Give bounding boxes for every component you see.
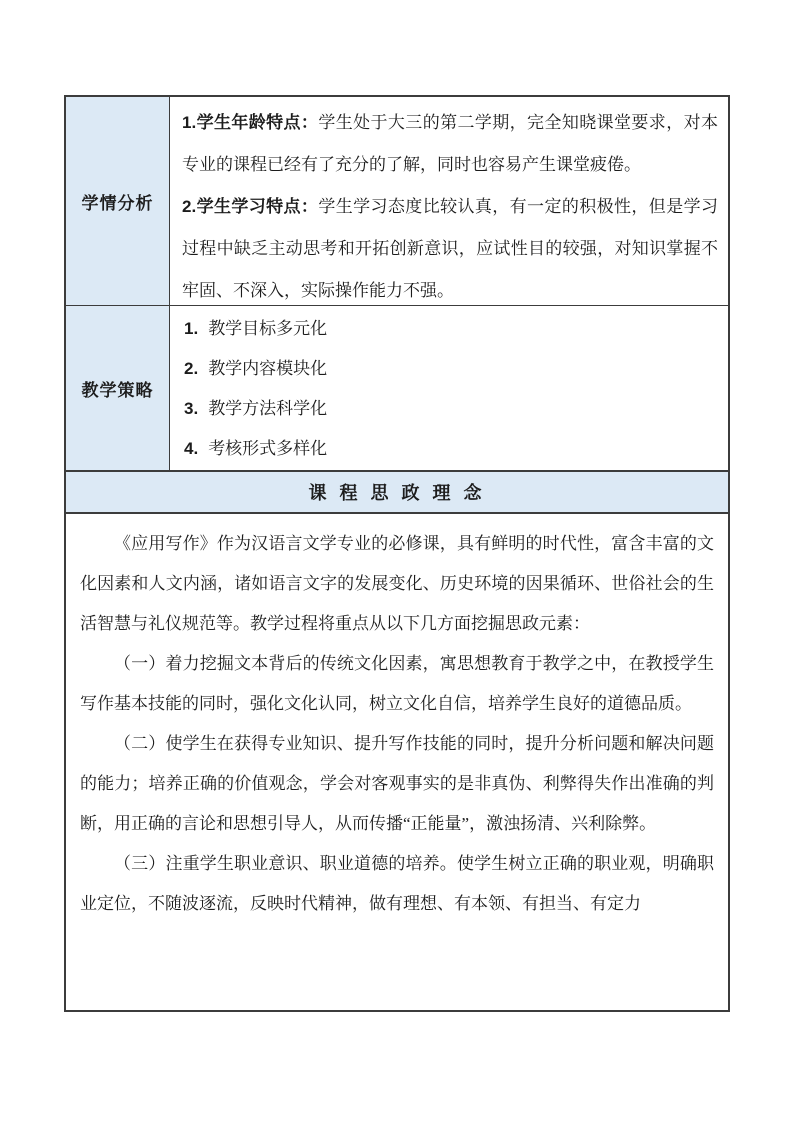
row-section-header: 课 程 思 政 理 念 xyxy=(66,472,728,514)
strategy-item-text: 教学方法科学化 xyxy=(208,399,327,418)
strategy-item-text: 教学内容模块化 xyxy=(208,359,327,378)
row-teaching-strategy: 教学策略 1.教学目标多元化 2.教学内容模块化 3.教学方法科学化 4.考核形… xyxy=(66,306,728,472)
strategy-item-text: 教学目标多元化 xyxy=(208,319,327,338)
strategy-item: 3.教学方法科学化 xyxy=(184,389,718,429)
body-paragraph-intro: 《应用写作》作为汉语言文学专业的必修课，具有鲜明的时代性，富含丰富的文化因素和人… xyxy=(80,524,714,644)
document-page: { "colors": { "accent_bg": "#dce9f5", "b… xyxy=(0,0,794,1123)
lesson-plan-table: 学情分析 1.学生年龄特点：学生处于大三的第二学期，完全知晓课堂要求，对本专业的… xyxy=(64,95,730,1012)
analysis-item-study-title: 2.学生学习特点： xyxy=(182,197,318,216)
analysis-item-age-title: 1.学生年龄特点： xyxy=(182,113,318,132)
strategy-item: 1.教学目标多元化 xyxy=(184,309,718,349)
body-paragraph-point-3: （三）注重学生职业意识、职业道德的培养。使学生树立正确的职业观，明确职业定位，不… xyxy=(80,844,714,924)
analysis-item-study: 2.学生学习特点：学生学习态度比较认真，有一定的积极性，但是学习过程中缺乏主动思… xyxy=(182,186,718,305)
strategy-item-number: 1. xyxy=(184,319,198,338)
ideology-body-content: 《应用写作》作为汉语言文学专业的必修课，具有鲜明的时代性，富含丰富的文化因素和人… xyxy=(66,514,728,924)
teaching-strategy-label: 教学策略 xyxy=(66,306,170,470)
section-header-title: 课 程 思 政 理 念 xyxy=(308,479,485,505)
teaching-strategy-content: 1.教学目标多元化 2.教学内容模块化 3.教学方法科学化 4.考核形式多样化 xyxy=(170,306,728,470)
strategy-item-number: 4. xyxy=(184,439,198,458)
strategy-item: 2.教学内容模块化 xyxy=(184,349,718,389)
row-learning-analysis: 学情分析 1.学生年龄特点：学生处于大三的第二学期，完全知晓课堂要求，对本专业的… xyxy=(66,97,728,306)
strategy-item-text: 考核形式多样化 xyxy=(208,439,327,458)
analysis-item-age: 1.学生年龄特点：学生处于大三的第二学期，完全知晓课堂要求，对本专业的课程已经有… xyxy=(182,102,718,186)
strategy-item-number: 2. xyxy=(184,359,198,378)
strategy-item-number: 3. xyxy=(184,399,198,418)
body-paragraph-point-2: （二）使学生在获得专业知识、提升写作技能的同时，提升分析问题和解决问题的能力；培… xyxy=(80,724,714,844)
row-ideology-body: 《应用写作》作为汉语言文学专业的必修课，具有鲜明的时代性，富含丰富的文化因素和人… xyxy=(66,514,728,1010)
body-paragraph-point-1: （一）着力挖掘文本背后的传统文化因素，寓思想教育于教学之中，在教授学生写作基本技… xyxy=(80,644,714,724)
strategy-item: 4.考核形式多样化 xyxy=(184,429,718,469)
learning-analysis-content: 1.学生年龄特点：学生处于大三的第二学期，完全知晓课堂要求，对本专业的课程已经有… xyxy=(170,97,728,305)
learning-analysis-label: 学情分析 xyxy=(66,97,170,305)
